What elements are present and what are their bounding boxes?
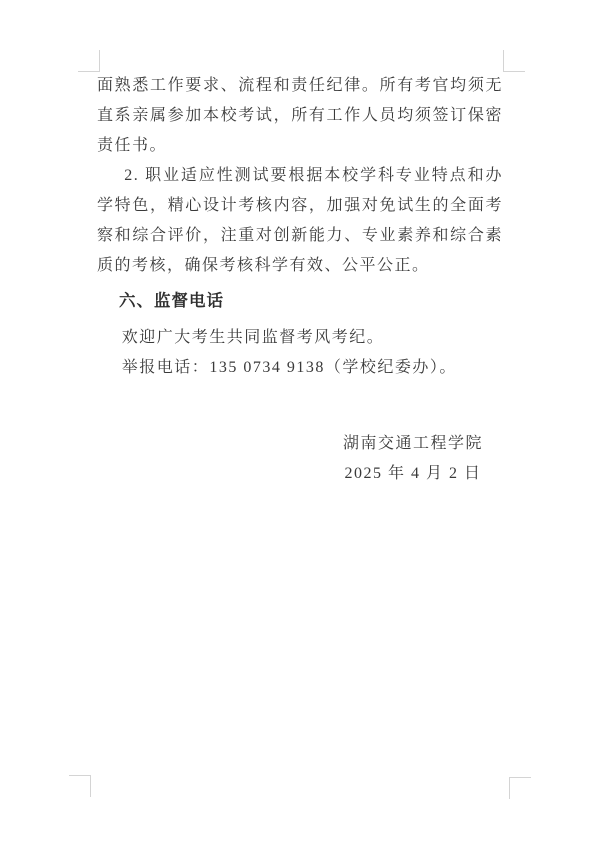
text-boundary-mark-bottom-left: [69, 775, 91, 797]
paragraph-item-2: 2. 职业适应性测试要根据本校学科专业特点和办学特色，精心设计考核内容，加强对免…: [97, 161, 503, 281]
document-content: 面熟悉工作要求、流程和责任纪律。所有考官均须无直系亲属参加本校考试，所有工作人员…: [97, 71, 503, 489]
text-boundary-mark-top-left: [78, 50, 100, 72]
section-heading-supervision-phone: 六、监督电话: [97, 287, 503, 315]
document-page: 面熟悉工作要求、流程和责任纪律。所有考官均须无直系亲属参加本校考试，所有工作人员…: [0, 0, 600, 847]
text-boundary-mark-top-right: [503, 50, 525, 72]
supervision-invite-line: 欢迎广大考生共同监督考风考纪。: [97, 323, 503, 353]
paragraph-continuation: 面熟悉工作要求、流程和责任纪律。所有考官均须无直系亲属参加本校考试，所有工作人员…: [97, 71, 503, 161]
report-phone-label: 举报电话：: [122, 359, 210, 376]
signature-organization: 湖南交通工程学院: [343, 429, 483, 459]
phone-number: 135 0734 9138: [209, 359, 325, 376]
signature-date: 2025 年 4 月 2 日: [343, 459, 483, 489]
report-phone-suffix: （学校纪委办）。: [325, 359, 457, 376]
signature-block: 湖南交通工程学院 2025 年 4 月 2 日: [343, 429, 483, 489]
text-boundary-mark-bottom-right: [509, 777, 531, 799]
report-phone-line: 举报电话：135 0734 9138（学校纪委办）。: [97, 353, 503, 383]
